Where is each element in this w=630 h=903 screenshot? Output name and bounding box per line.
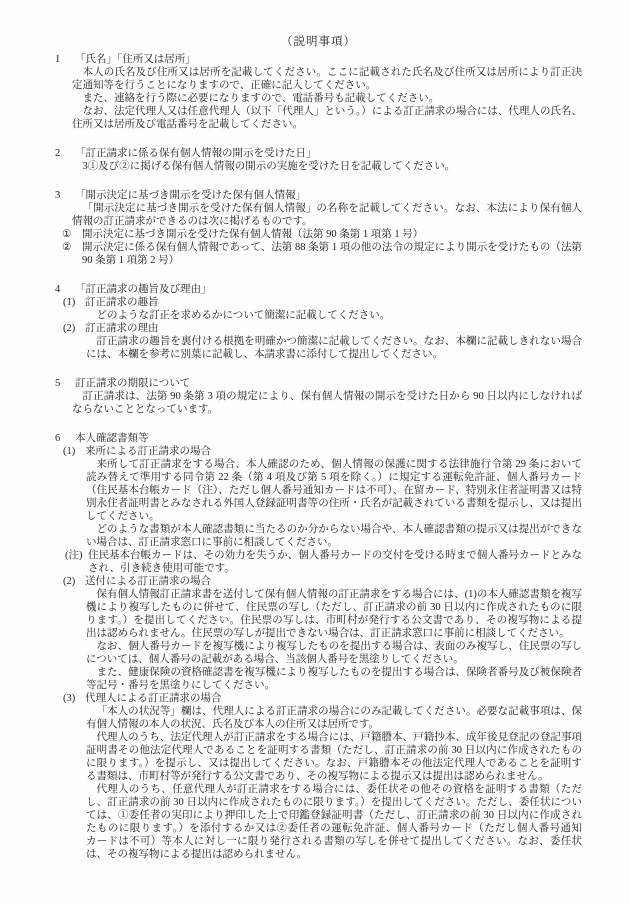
section-number: 2 [55,147,75,160]
section-header: 3 「開示決定に基づき開示を受けた保有個人情報」 [55,189,582,202]
subitem-marker: (2) [63,575,85,588]
section-number: 3 [55,189,75,202]
list-item: ① 開示決定に基づき開示を受けた保有個人情報（法第 90 条第 1 項第 1 号… [62,228,582,241]
paragraph: どのような書類が本人確認書類に当たるのか分からない場合や、本人確認書類の提示又は… [86,523,582,549]
paragraph: 「開示決定に基づき開示を受けた保有個人情報」の名称を記載してください。なお、本法… [72,202,582,228]
subitem-visit: (1) 来所による訂正請求の場合 来所して訂正請求をする場合、本人確認のため、個… [55,445,582,575]
paragraph: 訂正請求の趣旨を裏付ける根拠を明確かつ簡潔に記載してください。なお、本欄に記載し… [86,335,582,361]
section-3: 3 「開示決定に基づき開示を受けた保有個人情報」 「開示決定に基づき開示を受けた… [55,189,582,267]
item-text: 開示決定に係る保有個人情報であって、法第 88 条第 1 項の他の法令の規定によ… [82,241,582,267]
section-heading: 「訂正請求の趣旨及び理由」 [75,283,582,296]
section-heading: 「訂正請求に係る保有個人情報の開示を受けた日」 [75,147,582,160]
paragraph: また、健康保険の資格確認書を複写機により複写したものを提出する場合は、保険者番号… [86,666,582,692]
subitem-mail: (2) 送付による訂正請求の場合 保有個人情報訂正請求書を送付して保有個人情報の… [55,575,582,692]
subitem-header: (2) 訂正請求の理由 [63,322,582,335]
subitem-header: (2) 送付による訂正請求の場合 [63,575,582,588]
subitem-label: 代理人による訂正請求の場合 [85,692,582,705]
section-4: 4 「訂正請求の趣旨及び理由」 (1) 訂正請求の趣旨 どのような訂正を求めるか… [55,283,582,361]
document-page: （説明事項） 1 「氏名」「住所又は居所」 本人の氏名及び住所又は居所を記載して… [0,0,630,903]
section-heading: 「氏名」「住所又は居所」 [75,53,582,66]
section-6: 6 本人確認書類等 (1) 来所による訂正請求の場合 来所して訂正請求をする場合… [55,432,582,861]
section-heading: 「開示決定に基づき開示を受けた保有個人情報」 [75,189,582,202]
paragraph: 来所して訂正請求をする場合、本人確認のため、個人情報の保護に関する法律施行令第 … [86,458,582,523]
section-5: 5 訂正請求の期限について 訂正請求は、法第 90 条第 3 項の規定により、保… [55,377,582,416]
paragraph: 訂正請求は、法第 90 条第 3 項の規定により、保有個人情報の開示を受けた日か… [72,390,582,416]
section-number: 1 [55,53,75,66]
section-number: 5 [55,377,75,390]
doc-title: （説明事項） [55,34,582,50]
subitem-label: 来所による訂正請求の場合 [85,445,582,458]
section-number: 4 [55,283,75,296]
paragraph: なお、個人番号カードを複写機により複写したものを提出する場合は、表面のみ複写し、… [86,640,582,666]
section-1: 1 「氏名」「住所又は居所」 本人の氏名及び住所又は居所を記載してください。ここ… [55,53,582,131]
section-header: 1 「氏名」「住所又は居所」 [55,53,582,66]
paragraph: どのような訂正を求めるかについて簡潔に記載してください。 [86,309,582,322]
subitem-marker: (1) [63,296,85,309]
subitem-header: (1) 訂正請求の趣旨 [63,296,582,309]
section-header: 2 「訂正請求に係る保有個人情報の開示を受けた日」 [55,147,582,160]
subitem-header: (3) 代理人による訂正請求の場合 [63,692,582,705]
subitem-marker: (1) [63,445,85,458]
subitem-label: 送付による訂正請求の場合 [85,575,582,588]
paragraph: 代理人のうち、任意代理人が訂正請求をする場合には、委任状その他その資格を証明する… [86,783,582,861]
item-text: 開示決定に基づき開示を受けた保有個人情報（法第 90 条第 1 項第 1 号） [82,228,582,241]
subitem-label: 訂正請求の理由 [85,322,582,335]
paragraph: 本人の氏名及び住所又は居所を記載してください。ここに記載された氏名及び住所又は居… [72,66,582,92]
item-marker: ① [62,228,82,241]
subitem-header: (1) 来所による訂正請求の場合 [63,445,582,458]
section-header: 6 本人確認書類等 [55,432,582,445]
paragraph: 「本人の状況等」欄は、代理人による訂正請求の場合にのみ記載してください。必要な記… [86,705,582,731]
section-header: 5 訂正請求の期限について [55,377,582,390]
paragraph: 代理人のうち、法定代理人が訂正請求をする場合には、戸籍謄本、戸籍抄本、成年後見登… [86,731,582,783]
subitem-2: (2) 訂正請求の理由 訂正請求の趣旨を裏付ける根拠を明確かつ簡潔に記載してくだ… [55,322,582,361]
section-2: 2 「訂正請求に係る保有個人情報の開示を受けた日」 3①及び②に掲げる保有個人情… [55,147,582,173]
section-heading: 本人確認書類等 [75,432,582,445]
subitem-label: 訂正請求の趣旨 [85,296,582,309]
list-item: ② 開示決定に係る保有個人情報であって、法第 88 条第 1 項の他の法令の規定… [62,241,582,267]
subitem-marker: (2) [63,322,85,335]
subitem-marker: (3) [63,692,85,705]
subitem-agent: (3) 代理人による訂正請求の場合 「本人の状況等」欄は、代理人による訂正請求の… [55,692,582,861]
note-marker: (注) [65,549,88,575]
paragraph: なお、法定代理人又は任意代理人（以下「代理人」という。）による訂正請求の場合には… [72,105,582,131]
paragraph: また、連絡を行う際に必要になりますので、電話番号も記載してください。 [72,92,582,105]
subitem-1: (1) 訂正請求の趣旨 どのような訂正を求めるかについて簡潔に記載してください。 [55,296,582,322]
section-heading: 訂正請求の期限について [75,377,582,390]
note-text: 住民基本台帳カードは、その効力を失うか、個人番号カードの交付を受ける時まで個人番… [88,549,582,575]
section-header: 4 「訂正請求の趣旨及び理由」 [55,283,582,296]
section-number: 6 [55,432,75,445]
note: (注) 住民基本台帳カードは、その効力を失うか、個人番号カードの交付を受ける時ま… [65,549,582,575]
paragraph: 保有個人情報訂正請求書を送付して保有個人情報の訂正請求をする場合には、(1)の本… [86,588,582,640]
item-marker: ② [62,241,82,267]
paragraph: 3①及び②に掲げる保有個人情報の開示の実施を受けた日を記載してください。 [72,160,582,173]
